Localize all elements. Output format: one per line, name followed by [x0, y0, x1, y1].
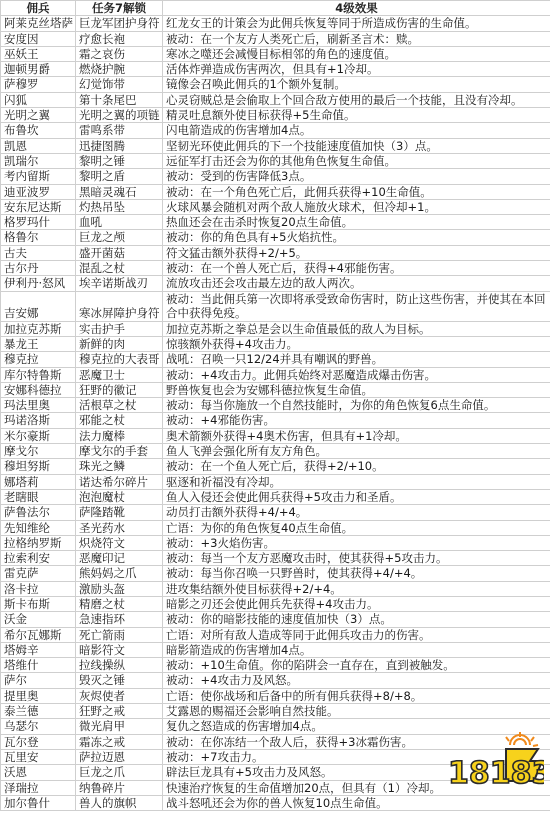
table-row: 凯瑞尔黎明之锤远征军打击还会为你的其他角色恢复生命值。: [1, 153, 550, 168]
unlock-item-cell: 穆克拉的大表哥: [76, 352, 163, 367]
unlock-item-cell: 炽烧符文: [76, 535, 163, 550]
table-row: 洛卡拉激励头盔进攻集结额外使目标获得+2/+4。: [1, 581, 550, 596]
effect-cell: 亡语：为你的角色恢复40点生命值。: [163, 520, 550, 535]
watermark-18183-logo: 18183: [444, 731, 544, 797]
table-row: 斯卡布斯精磨之杖暗影之刃还会使此佣兵先获得+4攻击力。: [1, 596, 550, 611]
effect-cell: 心灵窃贼总是会偷取上个回合敌方使用的最后一个技能，且没有冷却。: [163, 92, 550, 107]
effect-cell: 红龙女王的计策会为此佣兵恢复等同于所造成伤害的生命值。: [163, 16, 550, 31]
unlock-item-cell: 暗影符文: [76, 642, 163, 657]
mercenary-name-cell: 考内留斯: [1, 169, 76, 184]
effect-cell: 被动：当此佣兵第一次即将承受致命伤害时，防止这些伤害，并使其在本回合中获得免疫。: [163, 291, 550, 321]
table-row: 塔姆辛暗影符文暗影箭造成的伤害增加4点。: [1, 642, 550, 657]
unlock-item-cell: 血吼: [76, 215, 163, 230]
effect-cell: 远征军打击还会为你的其他角色恢复生命值。: [163, 153, 550, 168]
unlock-item-cell: 诺达希尔碎片: [76, 474, 163, 489]
mercenary-name-cell: 光明之翼: [1, 108, 76, 123]
mercenary-name-cell: 拉格纳罗斯: [1, 535, 76, 550]
effect-cell: 寒冰之噬还会减慢目标相邻的角色的速度值。: [163, 46, 550, 61]
mercenary-name-cell: 玛诺洛斯: [1, 413, 76, 428]
effect-cell: 活体炸弹造成伤害两次，但具有+1冷却。: [163, 62, 550, 77]
mercenary-name-cell: 泰兰德: [1, 704, 76, 719]
table-row: 考内留斯黎明之盾被动：受到的伤害降低3点。: [1, 169, 550, 184]
table-row: 迦顿男爵燃烧护腕活体炸弹造成伤害两次，但具有+1冷却。: [1, 62, 550, 77]
effect-cell: 亡语：对所有敌人造成等同于此佣兵攻击力的伤害。: [163, 627, 550, 642]
unlock-item-cell: 幻觉饰带: [76, 77, 163, 92]
mercenary-name-cell: 加拉克苏斯: [1, 321, 76, 336]
table-row: 先知维纶圣光药水亡语：为你的角色恢复40点生命值。: [1, 520, 550, 535]
effect-cell: 被动：你的角色具有+5火焰抗性。: [163, 230, 550, 245]
table-row: 穆坦努斯珠光之鳞被动：在一个鱼人死亡后，获得+2/+10。: [1, 459, 550, 474]
unlock-item-cell: 狂野之戒: [76, 704, 163, 719]
table-row: 安东尼达斯灼热吊坠火球风暴会随机对两个敌人施放火球术，但冷却+1。: [1, 199, 550, 214]
unlock-item-cell: 实击护手: [76, 321, 163, 336]
table-row: 拉格纳罗斯炽烧符文被动：+3火焰伤害。: [1, 535, 550, 550]
effect-cell: 被动：每当一个友方恶魔攻击时，使其获得+5攻击力。: [163, 551, 550, 566]
unlock-item-cell: 巨龙之爪: [76, 765, 163, 780]
unlock-item-cell: 兽人的旗帜: [76, 795, 163, 810]
mercenary-name-cell: 萨鲁法尔: [1, 505, 76, 520]
unlock-item-cell: 迅捷图腾: [76, 138, 163, 153]
mercenary-name-cell: 格鲁尔: [1, 230, 76, 245]
effect-cell: 艾露恩的赐福还会影响自然技能。: [163, 704, 550, 719]
unlock-item-cell: 拉线操纵: [76, 658, 163, 673]
effect-cell: 符文猛击额外获得+2/+5。: [163, 245, 550, 260]
mercenary-name-cell: 阿莱克丝塔萨: [1, 16, 76, 31]
effect-cell: 鱼人飞弹会强化所有友方角色。: [163, 444, 550, 459]
effect-cell: 进攻集结额外使目标获得+2/+4。: [163, 581, 550, 596]
mercenary-name-cell: 萨穆罗: [1, 77, 76, 92]
mercenary-name-cell: 安娜科德拉: [1, 382, 76, 397]
mercenary-name-cell: 希尔瓦娜斯: [1, 627, 76, 642]
table-row: 阿莱克丝塔萨巨龙军团护身符红龙女王的计策会为此佣兵恢复等同于所造成伤害的生命值。: [1, 16, 550, 31]
table-row: 提里奥灰烬使者亡语：使你战场和后备中的所有佣兵获得+8/+8。: [1, 688, 550, 703]
unlock-item-cell: 纳鲁碎片: [76, 780, 163, 795]
unlock-item-cell: 熊妈妈之爪: [76, 566, 163, 581]
mercenary-name-cell: 迪亚波罗: [1, 184, 76, 199]
mercenary-name-cell: 穆克拉: [1, 352, 76, 367]
unlock-item-cell: 灼热吊坠: [76, 199, 163, 214]
unlock-item-cell: 珠光之鳞: [76, 459, 163, 474]
mercenary-name-cell: 娜塔莉: [1, 474, 76, 489]
unlock-item-cell: 黑暗灵魂石: [76, 184, 163, 199]
unlock-item-cell: 寒冰屏障护身符: [76, 291, 163, 321]
effect-cell: 被动：每当你施放一个自然技能时，为你的角色恢复6点生命值。: [163, 398, 550, 413]
effect-cell: 被动：在一个角色死亡后，此佣兵获得+10生命值。: [163, 184, 550, 199]
mercenary-name-cell: 闪狐: [1, 92, 76, 107]
table-row: 玛诺洛斯邪能之杖被动：+4邪能伤害。: [1, 413, 550, 428]
unlock-item-cell: 第十条尾巴: [76, 92, 163, 107]
unlock-item-cell: 萨隆踏靴: [76, 505, 163, 520]
table-row: 摩戈尔摩戈尔的手套鱼人飞弹会强化所有友方角色。: [1, 444, 550, 459]
mercenary-name-cell: 安东尼达斯: [1, 199, 76, 214]
mercenary-name-cell: 吉安娜: [1, 291, 76, 321]
effect-cell: 亡语：使你战场和后备中的所有佣兵获得+8/+8。: [163, 688, 550, 703]
header-row: 佣兵 任务7解锁 4级效果: [1, 1, 550, 16]
unlock-item-cell: 恶魔印记: [76, 551, 163, 566]
mercenary-name-cell: 沃恩: [1, 765, 76, 780]
effect-cell: 被动：+10生命值。你的陷阱会一直存在，直到被触发。: [163, 658, 550, 673]
unlock-item-cell: 法力魔棒: [76, 428, 163, 443]
mercenary-effects-table: 佣兵 任务7解锁 4级效果 阿莱克丝塔萨巨龙军团护身符红龙女王的计策会为此佣兵恢…: [0, 0, 550, 811]
effect-cell: 闪电箭造成的伤害增加4点。: [163, 123, 550, 138]
table-row: 萨鲁法尔萨隆踏靴动员打击额外获得+4/+4。: [1, 505, 550, 520]
effect-cell: 鱼人入侵还会使此佣兵获得+5攻击力和圣盾。: [163, 489, 550, 504]
table-row: 沃金急速指环被动：你的暗影技能的速度值加快（3）点。: [1, 612, 550, 627]
mercenary-name-cell: 瓦里安: [1, 749, 76, 764]
mercenary-name-cell: 古夫: [1, 245, 76, 260]
effect-cell: 奥术箭额外获得+4奥术伤害，但具有+1冷却。: [163, 428, 550, 443]
unlock-item-cell: 巨龙之颅: [76, 230, 163, 245]
mercenary-name-cell: 伊利丹·怒风: [1, 276, 76, 291]
table-row: 伊利丹·怒风埃辛诺斯战刃流放攻击还会攻击最左边的敌人两次。: [1, 276, 550, 291]
unlock-item-cell: 萨拉迈恩: [76, 749, 163, 764]
table-row: 拉索利安恶魔印记被动：每当一个友方恶魔攻击时，使其获得+5攻击力。: [1, 551, 550, 566]
header-mercenary: 佣兵: [1, 1, 76, 16]
effect-cell: 加拉克苏斯之拳总是会以生命值最低的敌人为目标。: [163, 321, 550, 336]
unlock-item-cell: 疗愈长袍: [76, 31, 163, 46]
table-row: 库尔特鲁斯恶魔卫士被动：+4攻击力。此佣兵始终对恶魔造成爆击伤害。: [1, 367, 550, 382]
table-row: 安娜科德拉狂野的徽记野兽恢复也会为安娜科德拉恢复生命值。: [1, 382, 550, 397]
unlock-item-cell: 急速指环: [76, 612, 163, 627]
mercenary-name-cell: 迦顿男爵: [1, 62, 76, 77]
effect-cell: 被动：你的暗影技能的速度值加快（3）点。: [163, 612, 550, 627]
effect-cell: 驱逐和祈福没有冷却。: [163, 474, 550, 489]
unlock-item-cell: 恶魔卫士: [76, 367, 163, 382]
mercenary-name-cell: 泽瑞拉: [1, 780, 76, 795]
mercenary-name-cell: 加尔鲁什: [1, 795, 76, 810]
table-row: 格罗玛什血吼热血还会在击杀时恢复20点生命值。: [1, 215, 550, 230]
unlock-item-cell: 灰烬使者: [76, 688, 163, 703]
unlock-item-cell: 摩戈尔的手套: [76, 444, 163, 459]
mercenary-name-cell: 乌瑟尔: [1, 719, 76, 734]
unlock-item-cell: 光明之翼的项链: [76, 108, 163, 123]
table-row: 米尔豪斯法力魔棒奥术箭额外获得+4奥术伤害，但具有+1冷却。: [1, 428, 550, 443]
unlock-item-cell: 黎明之盾: [76, 169, 163, 184]
mercenary-name-cell: 凯恩: [1, 138, 76, 153]
table-row: 萨穆罗幻觉饰带镜像会召唤此佣兵的1个额外复制。: [1, 77, 550, 92]
unlock-item-cell: 巨龙军团护身符: [76, 16, 163, 31]
unlock-item-cell: 狂野的徽记: [76, 382, 163, 397]
mercenary-name-cell: 雷克萨: [1, 566, 76, 581]
table-row: 老瞎眼泡泡魔杖鱼人入侵还会使此佣兵获得+5攻击力和圣盾。: [1, 489, 550, 504]
mercenary-name-cell: 萨尔: [1, 673, 76, 688]
table-row: 古夫盛开菌菇符文猛击额外获得+2/+5。: [1, 245, 550, 260]
mercenary-name-cell: 穆坦努斯: [1, 459, 76, 474]
mercenary-name-cell: 玛法里奥: [1, 398, 76, 413]
table-row: 格鲁尔巨龙之颅被动：你的角色具有+5火焰抗性。: [1, 230, 550, 245]
effect-cell: 暗影箭造成的伤害增加4点。: [163, 642, 550, 657]
table-row: 加尔鲁什兽人的旗帜战斗怒吼还会为你的兽人恢复10点生命值。: [1, 795, 550, 810]
effect-cell: 战斗怒吼还会为你的兽人恢复10点生命值。: [163, 795, 550, 810]
table-row: 玛法里奥活根草之杖被动：每当你施放一个自然技能时，为你的角色恢复6点生命值。: [1, 398, 550, 413]
mercenary-name-cell: 提里奥: [1, 688, 76, 703]
unlock-item-cell: 活根草之杖: [76, 398, 163, 413]
unlock-item-cell: 黎明之锤: [76, 153, 163, 168]
effect-cell: 被动：每当你召唤一只野兽时，使其获得+4/+4。: [163, 566, 550, 581]
effect-cell: 镜像会召唤此佣兵的1个额外复制。: [163, 77, 550, 92]
table-row: 光明之翼光明之翼的项链精灵吐息额外使目标获得+5生命值。: [1, 108, 550, 123]
unlock-item-cell: 精磨之杖: [76, 596, 163, 611]
unlock-item-cell: 新鲜的肉: [76, 336, 163, 351]
unlock-item-cell: 混乱之杖: [76, 261, 163, 276]
mercenary-name-cell: 老瞎眼: [1, 489, 76, 504]
table-row: 娜塔莉诺达希尔碎片驱逐和祈福没有冷却。: [1, 474, 550, 489]
mercenary-name-cell: 库尔特鲁斯: [1, 367, 76, 382]
table-row: 凯恩迅捷图腾坚韧光环使此佣兵的下一个技能速度值加快（3）点。: [1, 138, 550, 153]
effect-cell: 暗影之刃还会使此佣兵先获得+4攻击力。: [163, 596, 550, 611]
table-row: 加拉克苏斯实击护手加拉克苏斯之拳总是会以生命值最低的敌人为目标。: [1, 321, 550, 336]
mercenary-name-cell: 先知维纶: [1, 520, 76, 535]
mercenary-name-cell: 瓦尔登: [1, 734, 76, 749]
mercenary-name-cell: 拉索利安: [1, 551, 76, 566]
mercenary-name-cell: 布鲁坎: [1, 123, 76, 138]
mercenary-name-cell: 凯瑞尔: [1, 153, 76, 168]
table-row: 迪亚波罗黑暗灵魂石被动：在一个角色死亡后，此佣兵获得+10生命值。: [1, 184, 550, 199]
table-row: 布鲁坎雷鸣系带闪电箭造成的伤害增加4点。: [1, 123, 550, 138]
mercenary-name-cell: 巫妖王: [1, 46, 76, 61]
table-row: 吉安娜寒冰屏障护身符被动：当此佣兵第一次即将承受致命伤害时，防止这些伤害，并使其…: [1, 291, 550, 321]
table-row: 萨尔毁灭之锤被动：+4攻击力及风怒。: [1, 673, 550, 688]
unlock-item-cell: 霜之哀伤: [76, 46, 163, 61]
effect-cell: 热血还会在击杀时恢复20点生命值。: [163, 215, 550, 230]
table-row: 泰兰德狂野之戒艾露恩的赐福还会影响自然技能。: [1, 704, 550, 719]
mercenary-name-cell: 格罗玛什: [1, 215, 76, 230]
sun-logo-icon: 18183: [444, 731, 544, 797]
table-row: 塔维什拉线操纵被动：+10生命值。你的陷阱会一直存在，直到被触发。: [1, 658, 550, 673]
table-row: 巫妖王霜之哀伤寒冰之噬还会减慢目标相邻的角色的速度值。: [1, 46, 550, 61]
header-task7-unlock: 任务7解锁: [76, 1, 163, 16]
mercenary-name-cell: 暴龙王: [1, 336, 76, 351]
table-row: 闪狐第十条尾巴心灵窃贼总是会偷取上个回合敌方使用的最后一个技能，且没有冷却。: [1, 92, 550, 107]
effect-cell: 战吼：召唤一只12/24并具有嘲讽的野兽。: [163, 352, 550, 367]
effect-cell: 坚韧光环使此佣兵的下一个技能速度值加快（3）点。: [163, 138, 550, 153]
table-row: 古尔丹混乱之杖被动：在一个兽人死亡后，获得+4邪能伤害。: [1, 261, 550, 276]
table-body: 阿莱克丝塔萨巨龙军团护身符红龙女王的计策会为此佣兵恢复等同于所造成伤害的生命值。…: [1, 16, 550, 811]
effect-cell: 惊骇额外获得+4攻击力。: [163, 336, 550, 351]
svg-text:18183: 18183: [448, 756, 544, 791]
unlock-item-cell: 燃烧护腕: [76, 62, 163, 77]
unlock-item-cell: 埃辛诺斯战刃: [76, 276, 163, 291]
effect-cell: 被动：+4邪能伤害。: [163, 413, 550, 428]
mercenary-name-cell: 米尔豪斯: [1, 428, 76, 443]
effect-cell: 被动：在一个鱼人死亡后，获得+2/+10。: [163, 459, 550, 474]
unlock-item-cell: 毁灭之锤: [76, 673, 163, 688]
mercenary-name-cell: 塔姆辛: [1, 642, 76, 657]
mercenary-name-cell: 洛卡拉: [1, 581, 76, 596]
table-row: 暴龙王新鲜的肉惊骇额外获得+4攻击力。: [1, 336, 550, 351]
effect-cell: 被动：+4攻击力及风怒。: [163, 673, 550, 688]
mercenary-name-cell: 沃金: [1, 612, 76, 627]
unlock-item-cell: 激励头盔: [76, 581, 163, 596]
mercenary-name-cell: 摩戈尔: [1, 444, 76, 459]
unlock-item-cell: 霜冻之戒: [76, 734, 163, 749]
unlock-item-cell: 邪能之杖: [76, 413, 163, 428]
table-row: 雷克萨熊妈妈之爪被动：每当你召唤一只野兽时，使其获得+4/+4。: [1, 566, 550, 581]
table-row: 安度因疗愈长袍被动：在一个友方人类死亡后，刷新圣言术：赎。: [1, 31, 550, 46]
unlock-item-cell: 泡泡魔杖: [76, 489, 163, 504]
effect-cell: 精灵吐息额外使目标获得+5生命值。: [163, 108, 550, 123]
effect-cell: 野兽恢复也会为安娜科德拉恢复生命值。: [163, 382, 550, 397]
effect-cell: 被动：在一个友方人类死亡后，刷新圣言术：赎。: [163, 31, 550, 46]
mercenary-name-cell: 古尔丹: [1, 261, 76, 276]
unlock-item-cell: 圣光药水: [76, 520, 163, 535]
table-row: 穆克拉穆克拉的大表哥战吼：召唤一只12/24并具有嘲讽的野兽。: [1, 352, 550, 367]
header-level4-effect: 4级效果: [163, 1, 550, 16]
effect-cell: 动员打击额外获得+4/+4。: [163, 505, 550, 520]
unlock-item-cell: 死亡箭雨: [76, 627, 163, 642]
mercenary-name-cell: 斯卡布斯: [1, 596, 76, 611]
effect-cell: 被动：+3火焰伤害。: [163, 535, 550, 550]
unlock-item-cell: 盛开菌菇: [76, 245, 163, 260]
mercenary-name-cell: 塔维什: [1, 658, 76, 673]
effect-cell: 被动：受到的伤害降低3点。: [163, 169, 550, 184]
effect-cell: 被动：在一个兽人死亡后，获得+4邪能伤害。: [163, 261, 550, 276]
effect-cell: 被动：+4攻击力。此佣兵始终对恶魔造成爆击伤害。: [163, 367, 550, 382]
unlock-item-cell: 微光肩甲: [76, 719, 163, 734]
effect-cell: 流放攻击还会攻击最左边的敌人两次。: [163, 276, 550, 291]
table-row: 希尔瓦娜斯死亡箭雨亡语：对所有敌人造成等同于此佣兵攻击力的伤害。: [1, 627, 550, 642]
unlock-item-cell: 雷鸣系带: [76, 123, 163, 138]
mercenary-name-cell: 安度因: [1, 31, 76, 46]
effect-cell: 火球风暴会随机对两个敌人施放火球术，但冷却+1。: [163, 199, 550, 214]
